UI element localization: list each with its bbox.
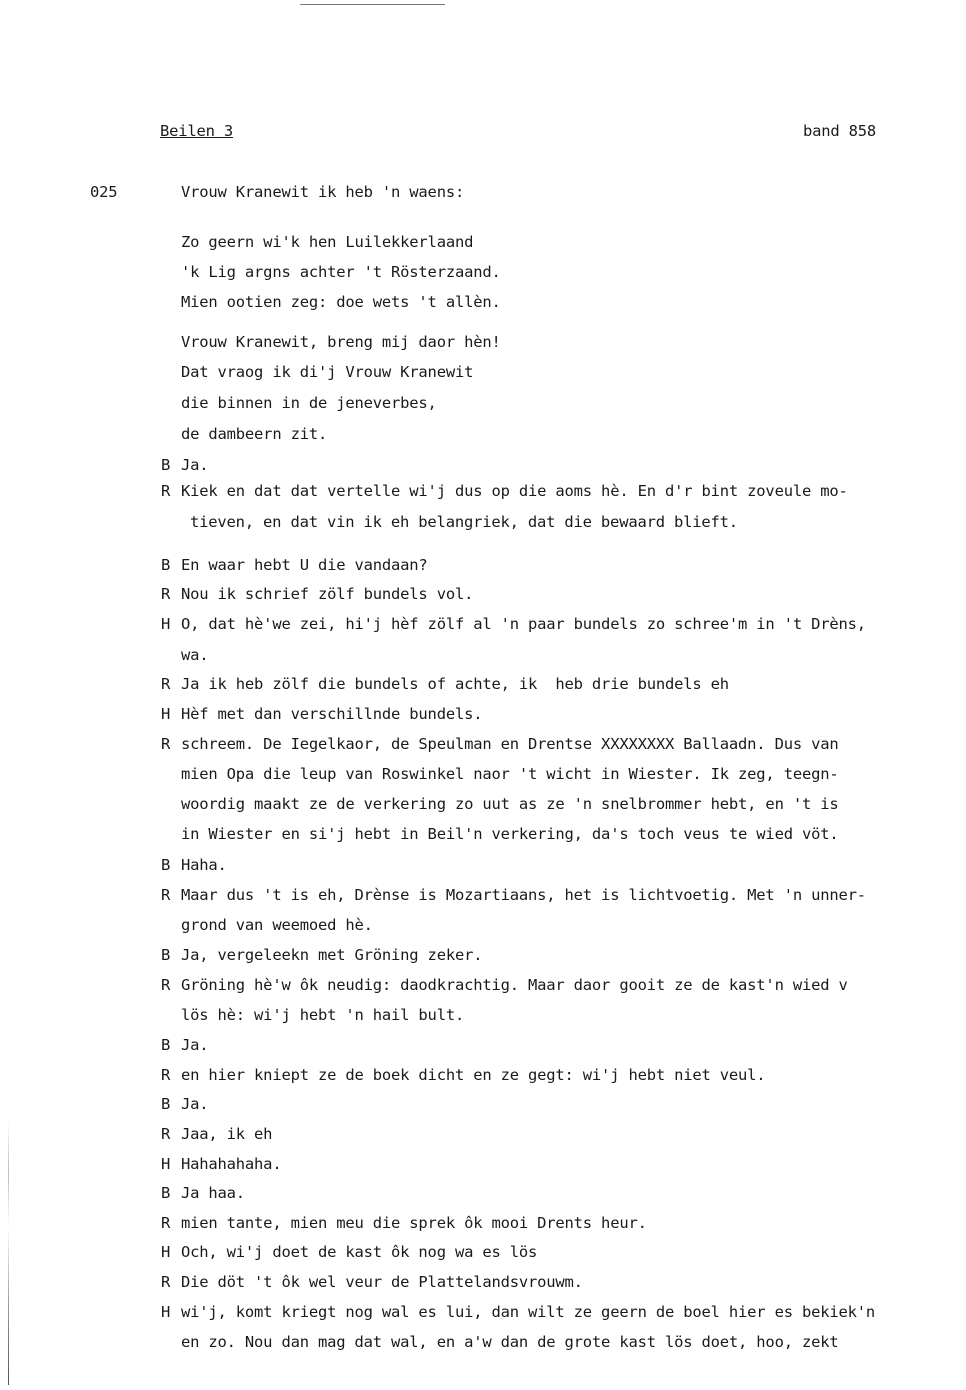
speaker-label: B — [161, 455, 170, 475]
speaker-label: B — [161, 855, 170, 875]
dialogue-line: mien tante, mien meu die sprek ôk mooi D… — [181, 1213, 647, 1233]
speaker-label: B — [161, 1183, 170, 1203]
speaker-label: R — [161, 734, 170, 754]
typed-transcript-page: Beilen 3 band 858 025 Vrouw Kranewit ik … — [0, 0, 966, 1390]
dialogue-line: Hèf met dan verschillnde bundels. — [181, 704, 482, 724]
speaker-label: R — [161, 1213, 170, 1233]
poem-line: Mien ootien zeg: doe wets 't allèn. — [181, 292, 501, 312]
dialogue-line: Maar dus 't is eh, Drènse is Mozartiaans… — [181, 885, 866, 905]
dialogue-line: en zo. Nou dan mag dat wal, en a'w dan d… — [181, 1332, 839, 1352]
dialogue-line: wi'j, komt kriegt nog wal es lui, dan wi… — [181, 1302, 875, 1322]
dialogue-line: in Wiester en si'j hebt in Beil'n verker… — [181, 824, 839, 844]
poem-line: de dambeern zit. — [181, 424, 327, 444]
scan-artifact-line — [300, 4, 445, 5]
dialogue-line: en hier kniept ze de boek dicht en ze ge… — [181, 1065, 765, 1085]
speaker-label: B — [161, 555, 170, 575]
dialogue-line: tieven, en dat vin ik eh belangriek, dat… — [190, 512, 738, 532]
tape-number: band 858 — [803, 121, 876, 141]
dialogue-line: Och, wi'j doet de kast ôk nog wa es lös — [181, 1242, 537, 1262]
dialogue-line: Haha. — [181, 855, 227, 875]
speaker-label: R — [161, 584, 170, 604]
speaker-label: H — [161, 614, 170, 634]
dialogue-line: Ja. — [181, 1035, 208, 1055]
dialogue-line: mien Opa die leup van Roswinkel naor 't … — [181, 764, 839, 784]
poem-line: 'k Lig argns achter 't Rösterzaand. — [181, 262, 501, 282]
speaker-label: H — [161, 704, 170, 724]
dialogue-line: En waar hebt U die vandaan? — [181, 555, 428, 575]
dialogue-line: schreem. De Iegelkaor, de Speulman en Dr… — [181, 734, 839, 754]
dialogue-line: Hahahahaha. — [181, 1154, 281, 1174]
dialogue-line: Ja, vergeleekn met Gröning zeker. — [181, 945, 482, 965]
dialogue-line: Ja. — [181, 1094, 208, 1114]
dialogue-line: Ja ik heb zölf die bundels of achte, ik … — [181, 674, 729, 694]
document-title: Beilen 3 — [160, 121, 233, 141]
speaker-label: H — [161, 1302, 170, 1322]
speaker-label: R — [161, 1124, 170, 1144]
speaker-label: R — [161, 1272, 170, 1292]
speaker-label: R — [161, 1065, 170, 1085]
dialogue-line: Ja. — [181, 455, 208, 475]
dialogue-line: Nou ik schrief zölf bundels vol. — [181, 584, 473, 604]
dialogue-line: Jaa, ik eh — [181, 1124, 272, 1144]
poem-line: Zo geern wi'k hen Luilekkerlaand — [181, 232, 473, 252]
speaker-label: H — [161, 1154, 170, 1174]
speaker-label: B — [161, 1035, 170, 1055]
scan-margin-line — [8, 1120, 9, 1385]
dialogue-line: O, dat hè'we zei, hi'j hèf zölf al 'n pa… — [181, 614, 866, 634]
dialogue-line: lös hè: wi'j hebt 'n hail bult. — [181, 1005, 464, 1025]
dialogue-line: Die döt 't ôk wel veur de Plattelandsvro… — [181, 1272, 583, 1292]
poem-line: Vrouw Kranewit, breng mij daor hèn! — [181, 332, 501, 352]
speaker-label: R — [161, 885, 170, 905]
dialogue-line: grond van weemoed hè. — [181, 915, 373, 935]
dialogue-line: Ja haa. — [181, 1183, 245, 1203]
poem-line: die binnen in de jeneverbes, — [181, 393, 437, 413]
speaker-label: B — [161, 1094, 170, 1114]
poem-intro: Vrouw Kranewit ik heb 'n waens: — [181, 182, 464, 202]
speaker-label: R — [161, 481, 170, 501]
dialogue-line: woordig maakt ze de verkering zo uut as … — [181, 794, 839, 814]
dialogue-line: Gröning hè'w ôk neudig: daodkrachtig. Ma… — [181, 975, 848, 995]
dialogue-line: wa. — [181, 645, 208, 665]
speaker-label: R — [161, 674, 170, 694]
speaker-label: H — [161, 1242, 170, 1262]
speaker-label: R — [161, 975, 170, 995]
segment-number: 025 — [90, 182, 117, 202]
dialogue-line: Kiek en dat dat vertelle wi'j dus op die… — [181, 481, 848, 501]
poem-line: Dat vraog ik di'j Vrouw Kranewit — [181, 362, 473, 382]
speaker-label: B — [161, 945, 170, 965]
